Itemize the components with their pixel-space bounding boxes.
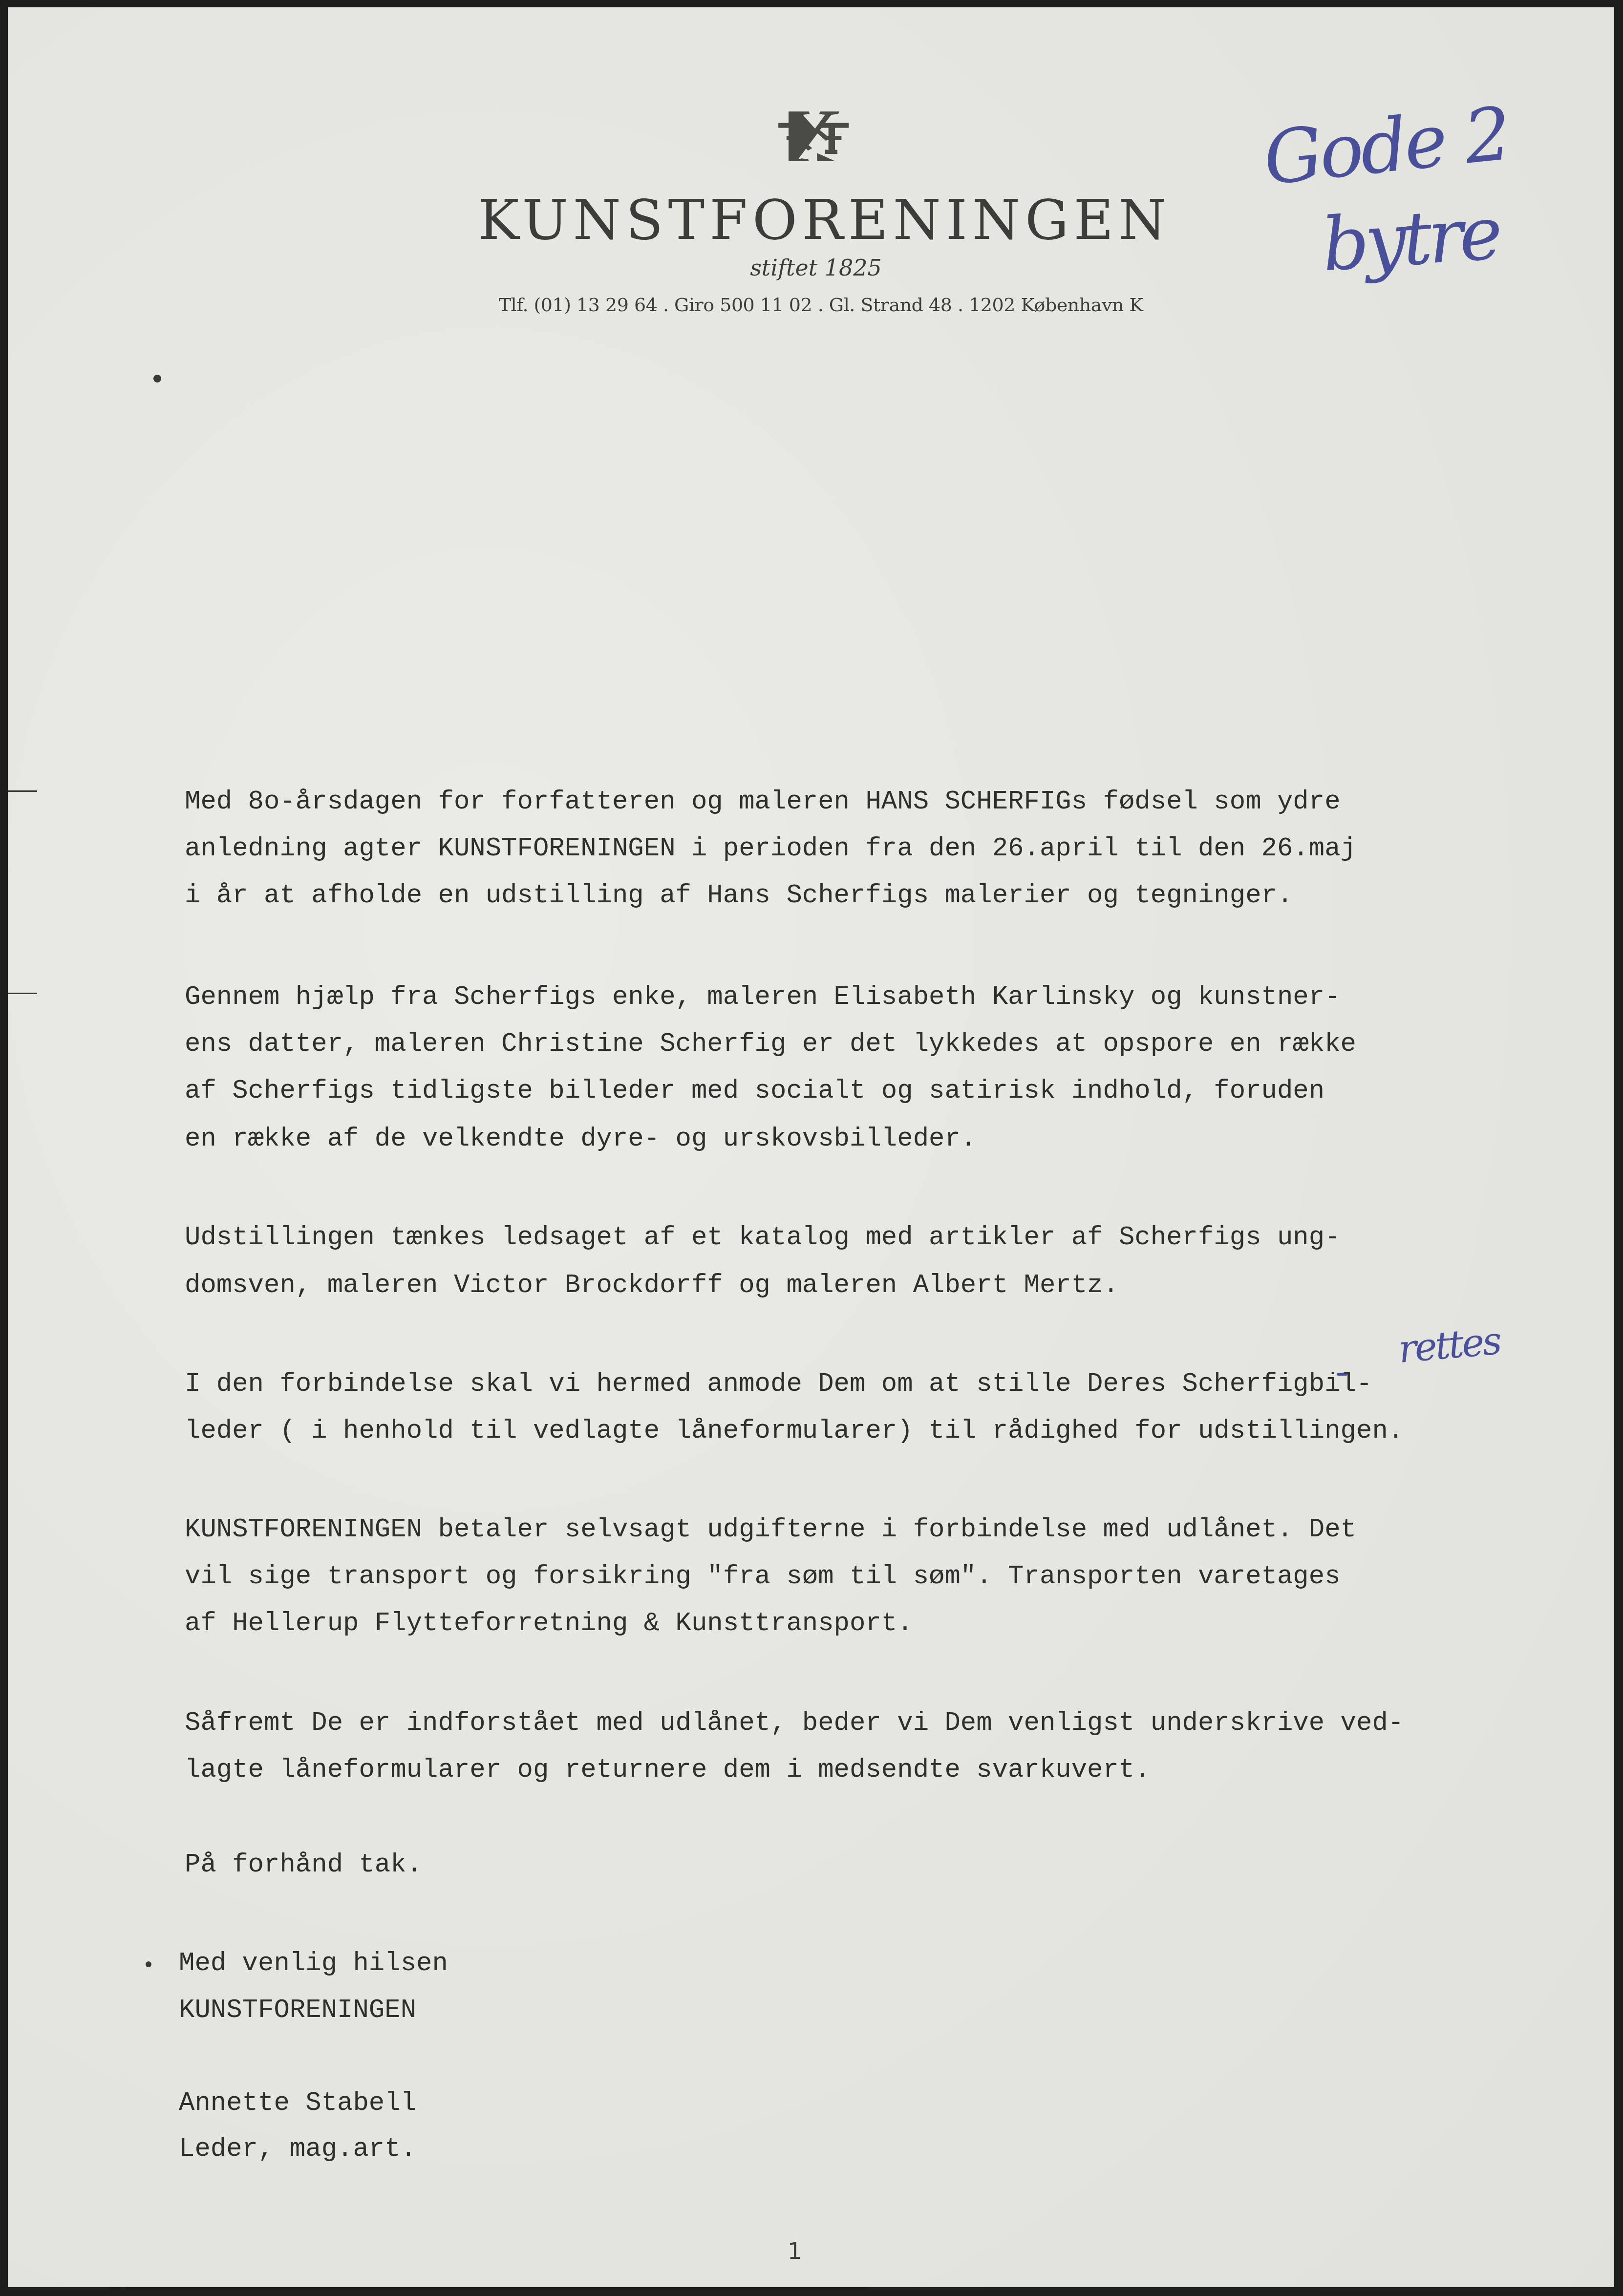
handwritten-correction: rettes xyxy=(1397,1322,1501,1369)
body-line: vil sige transport og forsikring "fra sø… xyxy=(185,1564,1341,1590)
fold-mark-upper xyxy=(8,790,37,792)
body-line: ens datter, maleren Christine Scherfig e… xyxy=(185,1031,1356,1058)
fold-mark-lower xyxy=(8,993,37,994)
body-line: af Scherfigs tidligste billeder med soci… xyxy=(185,1078,1324,1105)
contact-info: Tlf. (01) 13 29 64 . Giro 500 11 02 . Gl… xyxy=(8,296,1623,314)
body-line: I den forbindelse skal vi hermed anmode … xyxy=(185,1371,1372,1398)
body-line: På forhånd tak. xyxy=(185,1852,422,1878)
body-line: Gennem hjælp fra Scherfigs enke, maleren… xyxy=(185,984,1341,1011)
body-line: leder ( i henhold til vedlagte låneformu… xyxy=(185,1418,1404,1445)
body-line: anledning agter KUNSTFORENINGEN i period… xyxy=(185,836,1356,862)
body-line: Såfremt De er indforstået med udlånet, b… xyxy=(185,1710,1404,1737)
body-line: Med 8o-årsdagen for forfatteren og maler… xyxy=(185,789,1341,815)
closing-greeting: Med venlig hilsen xyxy=(179,1951,448,1977)
closing-organization: KUNSTFORENINGEN xyxy=(179,1998,416,2024)
body-line: lagte låneformularer og returnere dem i … xyxy=(185,1757,1151,1784)
letter-page: KUNSTFORENINGEN stiftet 1825 Tlf. (01) 1… xyxy=(8,7,1614,2287)
kf-monogram-logo-icon xyxy=(764,100,862,173)
body-line: Udstillingen tænkes ledsaget af et katal… xyxy=(185,1225,1341,1251)
body-line: KUNSTFORENINGEN betaler selvsagt udgifte… xyxy=(185,1517,1356,1543)
body-line: domsven, maleren Victor Brockdorff og ma… xyxy=(185,1273,1119,1299)
signatory-name: Annette Stabell xyxy=(179,2090,416,2117)
page-number: 1 xyxy=(788,2240,802,2262)
body-line: en række af de velkendte dyre- og urskov… xyxy=(185,1126,976,1152)
letter-body: Med 8o-årsdagen for forfatteren og maler… xyxy=(185,7,248,961)
signatory-title: Leder, mag.art. xyxy=(179,2136,416,2163)
handwritten-note-top-1: Gode 2 xyxy=(1260,97,1512,196)
handwritten-note-top-2: bytre xyxy=(1320,197,1501,282)
punch-dot-top xyxy=(153,375,161,383)
body-line: af Hellerup Flytteforretning & Kunsttran… xyxy=(185,1611,913,1637)
body-line: i år at afholde en udstilling af Hans Sc… xyxy=(185,883,1293,909)
punch-dot-closing xyxy=(146,1961,151,1967)
